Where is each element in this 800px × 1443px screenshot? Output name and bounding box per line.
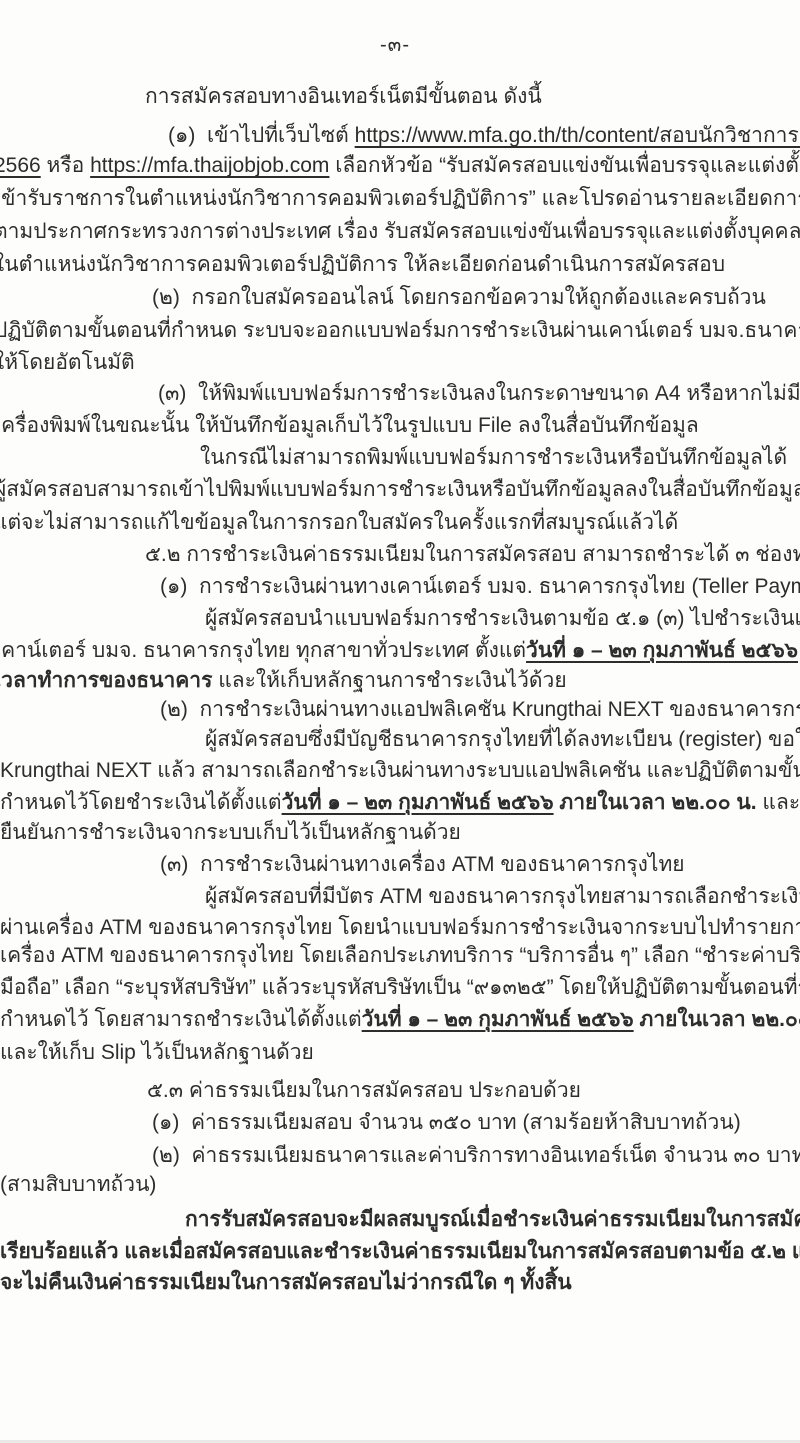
text-run: หรือ bbox=[41, 154, 90, 177]
channel-3-line-5: มือถือ” เลือก “ระบุรหัสบริษัท” แล้วระบุร… bbox=[0, 975, 800, 1001]
fee-item-2-line-1: (๒) ค่าธรรมเนียมธนาคารและค่าบริการทางอิน… bbox=[152, 1143, 800, 1169]
channel-1-line-1: (๑) การชำระเงินผ่านทางเคาน์เตอร์ บมจ. ธน… bbox=[160, 574, 800, 600]
fee-item-1: (๑) ค่าธรรมเนียมสอบ จำนวน ๓๕๐ บาท (สามร้… bbox=[152, 1110, 741, 1136]
text-run: ผู้สมัครสอบซึ่งมีบัญชีธนาคารกรุงไทยที่ได… bbox=[205, 728, 800, 751]
text-run: ปฏิบัติตามขั้นตอนที่กำหนด ระบบจะออกแบบฟอ… bbox=[0, 319, 800, 342]
step-2-line-1: (๒) กรอกใบสมัครออนไลน์ โดยกรอกข้อความให้… bbox=[152, 285, 766, 311]
channel-2-line-2: ผู้สมัครสอบซึ่งมีบัญชีธนาคารกรุงไทยที่ได… bbox=[205, 727, 800, 753]
channel-1-line-2: ผู้สมัครสอบนำแบบฟอร์มการชำระเงินตามข้อ ๕… bbox=[205, 606, 800, 632]
text-run: เข้ารับราชการในตำแหน่งนักวิชาการคอมพิวเต… bbox=[0, 187, 800, 210]
step-1-line-5: ในตำแหน่งนักวิชาการคอมพิวเตอร์ปฏิบัติการ… bbox=[0, 252, 725, 278]
text-run: และให้เก็บหลักฐานการชำระเงินไว้ด้วย bbox=[212, 669, 566, 692]
channel-2-line-3: Krungthai NEXT แล้ว สามารถเลือกชำระเงินผ… bbox=[0, 758, 800, 784]
text-run: (๓) การชำระเงินผ่านทางเครื่อง ATM ของธนา… bbox=[160, 853, 685, 876]
step-3-line-5: แต่จะไม่สามารถแก้ไขข้อมูลในการกรอกใบสมัค… bbox=[0, 510, 678, 536]
step-3-line-2: เครื่องพิมพ์ในขณะนั้น ให้บันทึกข้อมูลเก็… bbox=[0, 413, 699, 439]
text-run: ในกรณีไม่สามารถพิมพ์แบบฟอร์มการชำระเงินห… bbox=[200, 446, 787, 469]
text-run: Krungthai NEXT แล้ว สามารถเลือกชำระเงินผ… bbox=[0, 759, 800, 782]
text-run: และให้พิมพ์หน้า bbox=[757, 791, 800, 814]
text-run: ตามประกาศกระทรวงการต่างประเทศ เรื่อง รับ… bbox=[0, 220, 800, 243]
text-run: ให้โดยอัตโนมัติ bbox=[0, 351, 135, 374]
emphasis-text: จะไม่คืนเงินค่าธรรมเนียมในการสมัครสอบไม่… bbox=[0, 1271, 572, 1294]
closing-notice-line-1: การรับสมัครสอบจะมีผลสมบูรณ์เมื่อชำระเงิน… bbox=[185, 1207, 800, 1233]
emphasis-text: การรับสมัครสอบจะมีผลสมบูรณ์เมื่อชำระเงิน… bbox=[185, 1208, 800, 1231]
text-run: (๑) เข้าไปที่เว็บไซต์ bbox=[168, 124, 355, 147]
text-run: กำหนดไว้ โดยสามารถชำระเงินได้ตั้งแต่ bbox=[0, 1008, 362, 1031]
step-1-line-3: เข้ารับราชการในตำแหน่งนักวิชาการคอมพิวเต… bbox=[0, 186, 800, 212]
text-run: ผ่านเครื่อง ATM ของธนาคารกรุงไทย โดยนำแบ… bbox=[0, 916, 800, 939]
step-1-line-1: (๑) เข้าไปที่เว็บไซต์ https://www.mfa.go… bbox=[168, 123, 800, 149]
text-run: การสมัครสอบทางอินเทอร์เน็ตมีขั้นตอน ดังน… bbox=[145, 85, 542, 108]
step-2-line-3: ให้โดยอัตโนมัติ bbox=[0, 350, 135, 376]
closing-notice-line-2: เรียบร้อยแล้ว และเมื่อสมัครสอบและชำระเงิ… bbox=[0, 1239, 800, 1265]
channel-3-line-1: (๓) การชำระเงินผ่านทางเครื่อง ATM ของธนา… bbox=[160, 852, 685, 878]
step-1-line-4: ตามประกาศกระทรวงการต่างประเทศ เรื่อง รับ… bbox=[0, 219, 800, 245]
text-run: ผู้สมัครสอบสามารถเข้าไปพิมพ์แบบฟอร์มการช… bbox=[0, 478, 800, 501]
channel-3-line-2: ผู้สมัครสอบที่มีบัตร ATM ของธนาคารกรุงไท… bbox=[205, 884, 800, 910]
text-run: กำหนดไว้โดยชำระเงินได้ตั้งแต่ bbox=[0, 791, 282, 814]
text-run: ผู้สมัครสอบที่มีบัตร ATM ของธนาคารกรุงไท… bbox=[205, 885, 800, 908]
page-number: -๓- bbox=[0, 28, 790, 60]
step-3-line-3: ในกรณีไม่สามารถพิมพ์แบบฟอร์มการชำระเงินห… bbox=[200, 445, 787, 471]
link-text: https://mfa.thaijobjob.com bbox=[90, 154, 329, 177]
channel-2-line-4: กำหนดไว้โดยชำระเงินได้ตั้งแต่วันที่ ๑ – … bbox=[0, 790, 800, 816]
closing-notice-line-3: จะไม่คืนเงินค่าธรรมเนียมในการสมัครสอบไม่… bbox=[0, 1270, 572, 1296]
text-run: ยืนยันการชำระเงินจากระบบเก็บไว้เป็นหลักฐ… bbox=[0, 821, 461, 844]
section-5-2-heading: ๕.๒ การชำระเงินค่าธรรมเนียมในการสมัครสอบ… bbox=[145, 542, 800, 568]
fee-item-2-line-2: (สามสิบบาทถ้วน) bbox=[0, 1172, 156, 1198]
channel-1-line-3: เคาน์เตอร์ บมจ. ธนาคารกรุงไทย ทุกสาขาทั่… bbox=[0, 638, 800, 664]
text-run: เครื่อง ATM ของธนาคารกรุงไทย โดยเลือกประ… bbox=[0, 944, 800, 967]
link-text: วันที่ ๑ – ๒๓ กุมภาพันธ์ ๒๕๖๖ bbox=[282, 791, 554, 814]
intro-heading: การสมัครสอบทางอินเทอร์เน็ตมีขั้นตอน ดังน… bbox=[145, 84, 542, 110]
channel-3-line-4: เครื่อง ATM ของธนาคารกรุงไทย โดยเลือกประ… bbox=[0, 943, 800, 969]
link-text: 2566 bbox=[0, 154, 41, 177]
text-run: เลือกหัวข้อ “รับสมัครสอบแข่งขันเพื่อบรรจ… bbox=[329, 154, 800, 177]
emphasis-text: เวลาทำการของธนาคาร bbox=[0, 669, 212, 692]
link-text: วันที่ ๑ – ๒๓ กุมภาพันธ์ ๒๕๖๖ bbox=[362, 1008, 634, 1031]
channel-3-line-3: ผ่านเครื่อง ATM ของธนาคารกรุงไทย โดยนำแบ… bbox=[0, 915, 800, 941]
text-run: (๓) ให้พิมพ์แบบฟอร์มการชำระเงินลงในกระดา… bbox=[158, 382, 800, 405]
text-run: เคาน์เตอร์ บมจ. ธนาคารกรุงไทย ทุกสาขาทั่… bbox=[0, 639, 526, 662]
emphasis-text: เรียบร้อยแล้ว และเมื่อสมัครสอบและชำระเงิ… bbox=[0, 1240, 800, 1263]
text-run: แต่จะไม่สามารถแก้ไขข้อมูลในการกรอกใบสมัค… bbox=[0, 511, 678, 534]
text-run: ๕.๒ การชำระเงินค่าธรรมเนียมในการสมัครสอบ… bbox=[145, 543, 800, 566]
text-run: ในตำแหน่งนักวิชาการคอมพิวเตอร์ปฏิบัติการ… bbox=[0, 253, 725, 276]
channel-3-line-7: และให้เก็บ Slip ไว้เป็นหลักฐานด้วย bbox=[0, 1040, 314, 1066]
text-run: มือถือ” เลือก “ระบุรหัสบริษัท” แล้วระบุร… bbox=[0, 976, 800, 999]
step-1-line-2: 2566 หรือ https://mfa.thaijobjob.com เลื… bbox=[0, 153, 800, 179]
channel-1-line-4: เวลาทำการของธนาคาร และให้เก็บหลักฐานการช… bbox=[0, 668, 567, 694]
text-run: เครื่องพิมพ์ในขณะนั้น ให้บันทึกข้อมูลเก็… bbox=[0, 414, 699, 437]
emphasis-text: ภายในเวลา ๒๒.๐๐ น. bbox=[634, 1008, 800, 1031]
text-run: (๒) กรอกใบสมัครออนไลน์ โดยกรอกข้อความให้… bbox=[152, 286, 766, 309]
channel-2-line-5: ยืนยันการชำระเงินจากระบบเก็บไว้เป็นหลักฐ… bbox=[0, 820, 461, 846]
channel-2-line-1: (๒) การชำระเงินผ่านทางแอปพลิเคชัน Krungt… bbox=[160, 697, 800, 723]
text-run: (๑) การชำระเงินผ่านทางเคาน์เตอร์ บมจ. ธน… bbox=[160, 575, 800, 598]
link-text: วันที่ ๑ – ๒๓ กุมภาพันธ์ ๒๕๖๖ bbox=[526, 639, 798, 662]
text-run: (สามสิบบาทถ้วน) bbox=[0, 1173, 156, 1196]
text-run: (๑) ค่าธรรมเนียมสอบ จำนวน ๓๕๐ บาท (สามร้… bbox=[152, 1111, 741, 1134]
step-2-line-2: ปฏิบัติตามขั้นตอนที่กำหนด ระบบจะออกแบบฟอ… bbox=[0, 318, 800, 344]
document-page: -๓- การสมัครสอบทางอินเทอร์เน็ตมีขั้นตอน … bbox=[0, 0, 800, 1443]
step-3-line-4: ผู้สมัครสอบสามารถเข้าไปพิมพ์แบบฟอร์มการช… bbox=[0, 477, 800, 503]
text-run: (๒) ค่าธรรมเนียมธนาคารและค่าบริการทางอิน… bbox=[152, 1144, 800, 1167]
channel-3-line-6: กำหนดไว้ โดยสามารถชำระเงินได้ตั้งแต่วันท… bbox=[0, 1007, 800, 1033]
emphasis-text: ภายในเวลา ๒๒.๐๐ น. bbox=[554, 791, 757, 814]
text-run: ๕.๓ ค่าธรรมเนียมในการสมัครสอบ ประกอบด้วย bbox=[147, 1079, 581, 1102]
section-5-3-heading: ๕.๓ ค่าธรรมเนียมในการสมัครสอบ ประกอบด้วย bbox=[147, 1078, 581, 1104]
text-run: (๒) การชำระเงินผ่านทางแอปพลิเคชัน Krungt… bbox=[160, 698, 800, 721]
text-run: และให้เก็บ Slip ไว้เป็นหลักฐานด้วย bbox=[0, 1041, 314, 1064]
link-text: https://www.mfa.go.th/th/content/สอบนักว… bbox=[355, 124, 800, 147]
text-run: ผู้สมัครสอบนำแบบฟอร์มการชำระเงินตามข้อ ๕… bbox=[205, 607, 800, 630]
step-3-line-1: (๓) ให้พิมพ์แบบฟอร์มการชำระเงินลงในกระดา… bbox=[158, 381, 800, 407]
